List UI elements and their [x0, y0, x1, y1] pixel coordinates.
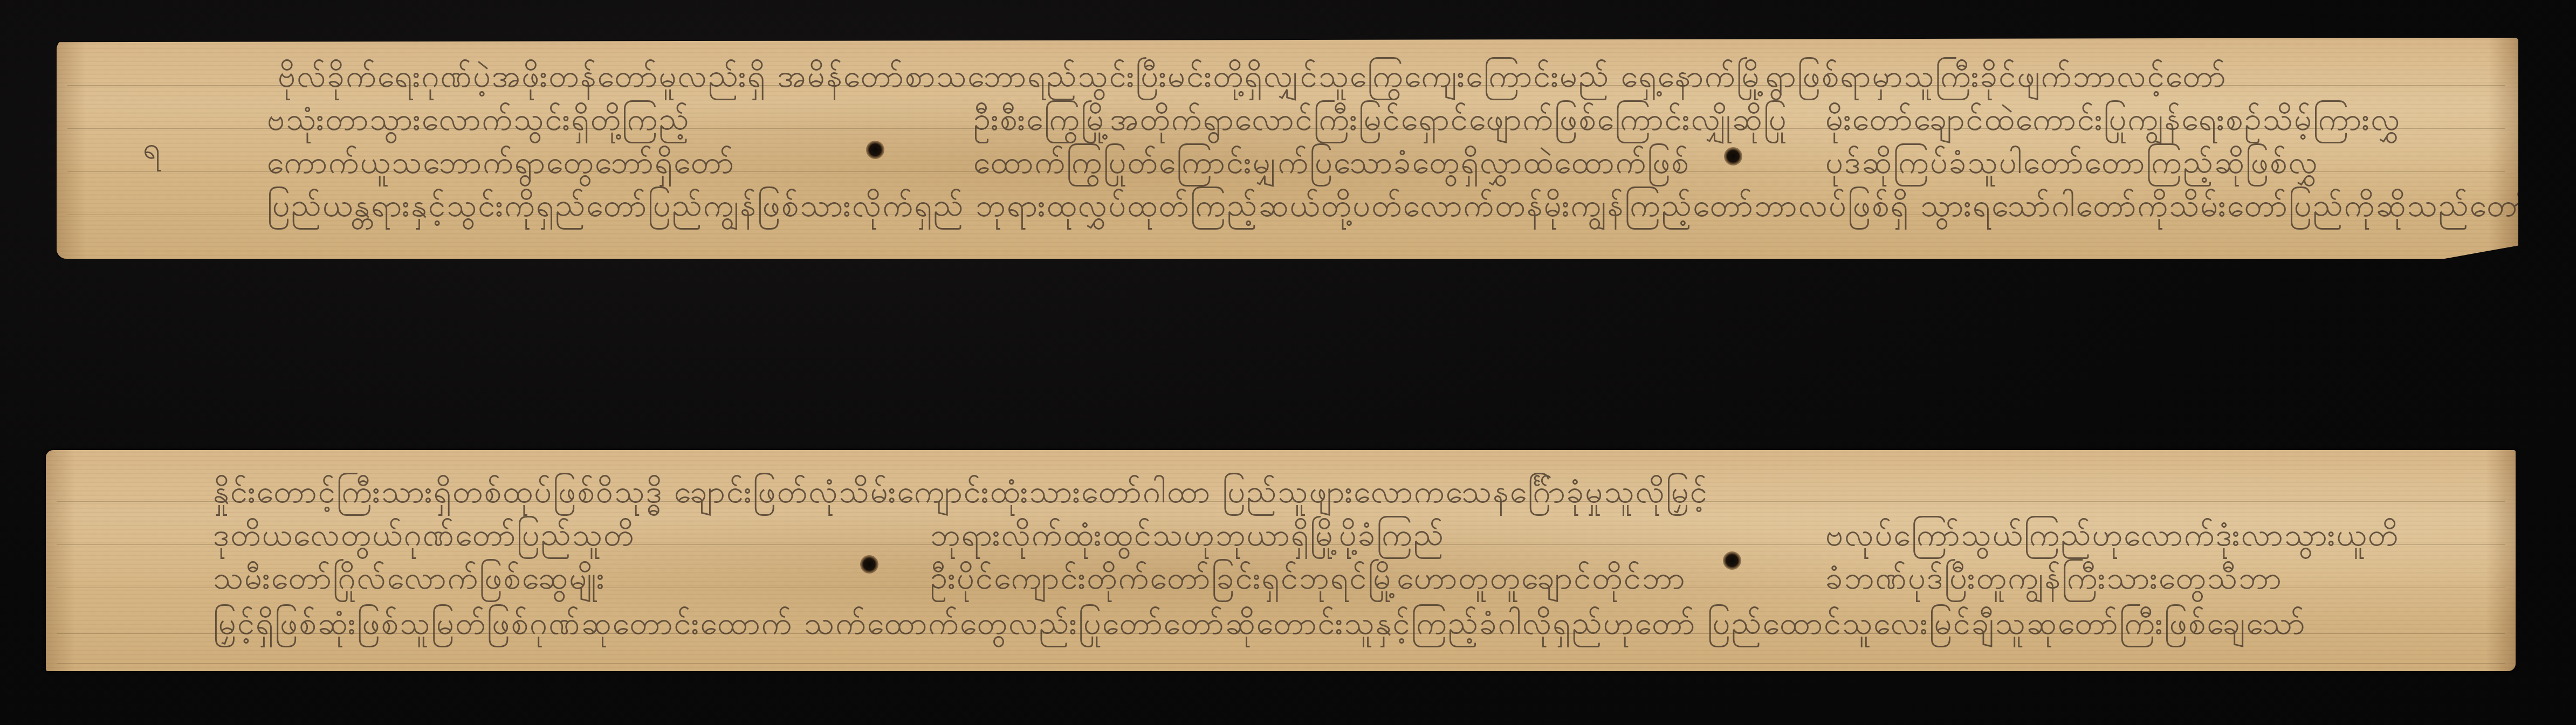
script-segment-right: ပြည်ထောင်သူလေးမြင်ချီသူဆုတော်ကြီးဖြစ်ချေ… [1707, 605, 2306, 641]
string-hole-right [1724, 147, 1742, 165]
script-line-2-middle: ဘုရားလိုက်ထုံးထွင်သဟုဘုယာရှိမြို့ပို့ခံက… [930, 519, 1445, 550]
script-segment-middle: အမိန်တော်စာသဘောရည်သွင်းပြီးမင်းတို့ရှိလျ… [778, 58, 1610, 94]
script-line-3-left: ကောက်ယူသဘောက်ရွာတွေဘော်ရှိတော် [267, 147, 735, 178]
script-segment-middle: ဘုရားထုလွှပ်ထုတ်ကြည့်ဆယ်တို့ပတ်လောက်တန်မ… [976, 187, 1909, 224]
script-line-3-right: ခံဘဏ်ပုဒ်ပြီးတူကျွန်ကြီးသားတွေသီဘာ [1825, 562, 2283, 593]
script-segment-right: သွားရသော်ဂါတော်ကိုသိမ်းတော်ပြည်ကိုဆိုသည်… [1920, 187, 2518, 224]
palm-leaf-folio-bottom: နှိုင်းတောင့်ကြီးသားရှိတစ်ထုပ်ဖြစ်ဝိသုဒ္… [46, 450, 2516, 671]
script-line-3-middle: ဦးပိုင်ကျောင်းတိုက်တော်ခြင်းရှင်ဘုရင်မြိ… [930, 562, 1686, 593]
script-line-1: နှိုင်းတောင့်ကြီးသားရှိတစ်ထုပ်ဖြစ်ဝိသုဒ္… [213, 476, 1708, 507]
script-line-3-left: သမီးတော်ဂြိုလ်လောက်ဖြစ်ဆွေမျိုး [213, 562, 606, 593]
script-segment-left: မြှင့်ရှိဖြစ်ဆုံးဖြစ်သူမြတ်ဖြစ်ဂုဏ်ဆုတော… [213, 605, 793, 641]
script-line-2-left: ဒုတိယလေတွယ်ဂုဏ်တော်ပြည်သူတိ [213, 519, 635, 550]
script-line-4: ပြည်ယန္တရားနှင့်သွင်းကိုရှည်တော်ပြည်ကျွန… [267, 190, 2518, 221]
script-line-2-right: မိုးတော်ချောင်ထဲကောင်းပြုကျွန်ရေးစဉ်သိမ့… [1825, 103, 2401, 135]
leaf-number: ရ [143, 129, 160, 174]
palm-leaf-folio-top: ရ ဗိုလ်ခိုက်ရေးဂုဏ်ပဲ့အဖိုးတန်တော်မူလည်း… [57, 38, 2518, 259]
script-line-2-right: ဗလုပ်ကြော်သွယ်ကြည်ဟုလောက်ဒုံးလာသွားယူတိ [1825, 519, 2399, 550]
script-segment-middle: သက်ထောက်တွေလည်းပြုတော်တော်ဆိုတောင်းသူနှင… [804, 605, 1696, 641]
script-segment-right: ပြည်သူဖျားလောကသေနင်္ဂြော်ခုံမှုသူလိုမြှင… [1222, 473, 1708, 510]
string-hole-left [860, 555, 878, 574]
string-hole-left [866, 141, 884, 159]
string-hole-right [1723, 551, 1741, 570]
script-segment-left: ပြည်ယန္တရားနှင့်သွင်းကိုရှည်တော်ပြည်ကျွန… [267, 187, 965, 224]
script-line-1: ဗိုလ်ခိုက်ရေးဂုဏ်ပဲ့အဖိုးတန်တော်မူလည်းရှ… [278, 60, 2227, 92]
script-line-3-middle: ထောက်ကြွပြုတ်ကြောင်းမျှက်ပြသောခံတွေရှိလွ… [973, 147, 1690, 178]
script-line-4: မြှင့်ရှိဖြစ်ဆုံးဖြစ်သူမြတ်ဖြစ်ဂုဏ်ဆုတော… [213, 607, 2306, 639]
ruled-line [57, 663, 2505, 664]
script-line-2-middle: ဦးစီးကြွေမြို့အတိုက်ရွာလောင်ကြီးမြင်ရှော… [973, 103, 1788, 135]
script-segment-middle: ချောင်းဖြတ်လုံသိမ်းကျောင်းထုံးသားတော်ဂါထ… [674, 473, 1211, 510]
script-line-2-left: ဗသုံးတာသွားလောက်သွင်းရှိတို့ကြည့် [267, 103, 690, 135]
script-segment-right: ရှေ့နောက်မြို့ရွာဖြစ်ရာမှာသူကြီးခိုင်ဖျက… [1621, 58, 2227, 94]
script-line-3-right: ပုဒ်ဆိုကြပ်ခံသူပါတော်တောကြည့်ဆိုဖြစ်လွှ [1825, 147, 2319, 178]
script-segment-left: ဗိုလ်ခိုက်ရေးဂုဏ်ပဲ့အဖိုးတန်တော်မူလည်းရှ… [278, 58, 766, 94]
script-segment-left: နှိုင်းတောင့်ကြီးသားရှိတစ်ထုပ်ဖြစ်ဝိသုဒ္… [213, 473, 663, 510]
